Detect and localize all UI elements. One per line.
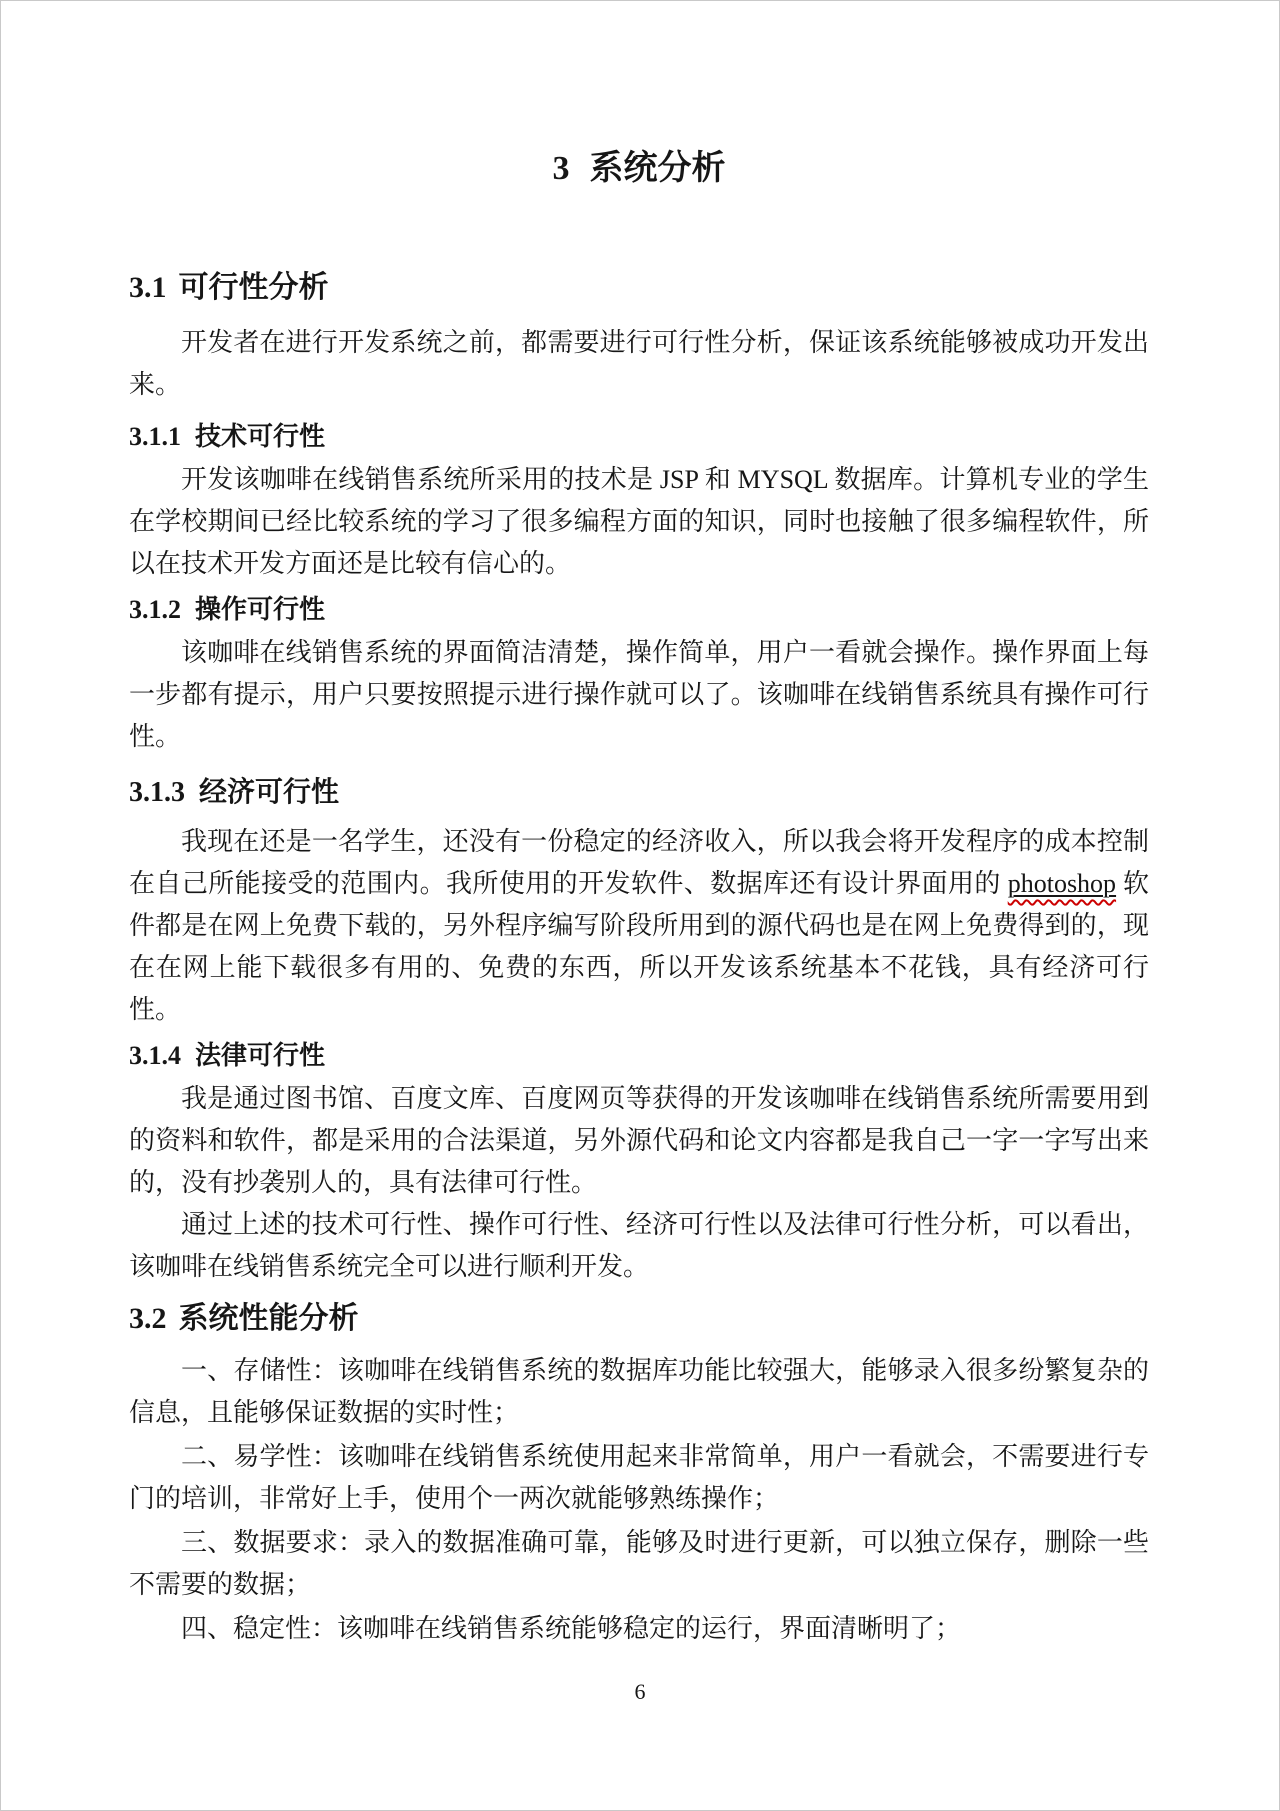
heading-3-1-2: 3.1.2操作可行性 (129, 587, 1149, 632)
paragraph-legal-feasibility: 我是通过图书馆、百度文库、百度网页等获得的开发该咖啡在线销售系统所需要用到的资料… (129, 1078, 1149, 1204)
page-title: 3系统分析 (129, 145, 1149, 192)
title-text: 系统分析 (590, 149, 726, 187)
list-item-data-requirements: 三、数据要求：录入的数据准确可靠，能够及时进行更新，可以独立保存，删除一些不需要… (129, 1522, 1149, 1606)
heading-3-1-3: 3.1.3经济可行性 (129, 770, 1149, 815)
list-item-storage: 一、存储性：该咖啡在线销售系统的数据库功能比较强大，能够录入很多纷繁复杂的信息，… (129, 1350, 1149, 1434)
heading-3-1-4: 3.1.4法律可行性 (129, 1033, 1149, 1078)
title-number: 3 (553, 150, 570, 187)
heading-number: 3.1.4 (129, 1041, 181, 1070)
paragraph-text: 我现在还是一名学生，还没有一份稳定的经济收入，所以我会将开发程序的成本控制在自己… (129, 827, 1149, 898)
list-item-learnability: 二、易学性：该咖啡在线销售系统使用起来非常简单，用户一看就会，不需要进行专门的培… (129, 1436, 1149, 1520)
heading-label: 技术可行性 (195, 421, 325, 451)
list-item-stability: 四、稳定性：该咖啡在线销售系统能够稳定的运行，界面清晰明了； (129, 1608, 1149, 1650)
document-page: 3系统分析 3.1可行性分析 开发者在进行开发系统之前，都需要进行可行性分析，保… (0, 0, 1280, 1811)
document-content: 3系统分析 3.1可行性分析 开发者在进行开发系统之前，都需要进行可行性分析，保… (1, 1, 1279, 1650)
heading-label: 经济可行性 (199, 776, 339, 807)
heading-3-2: 3.2系统性能分析 (129, 1298, 1149, 1340)
heading-label: 操作可行性 (195, 594, 325, 624)
photoshop-word: photoshop (1008, 869, 1116, 898)
page-number: 6 (1, 1677, 1279, 1707)
paragraph-feasibility-summary: 通过上述的技术可行性、操作可行性、经济可行性以及法律可行性分析，可以看出，该咖啡… (129, 1204, 1149, 1288)
heading-3-1-1: 3.1.1技术可行性 (129, 414, 1149, 459)
heading-number: 3.1 (129, 271, 167, 304)
paragraph-economic-feasibility: 我现在还是一名学生，还没有一份稳定的经济收入，所以我会将开发程序的成本控制在自己… (129, 821, 1149, 1031)
heading-3-1: 3.1可行性分析 (129, 268, 1149, 308)
paragraph-technical-feasibility: 开发该咖啡在线销售系统所采用的技术是 JSP 和 MYSQL 数据库。计算机专业… (129, 459, 1149, 585)
heading-label: 法律可行性 (195, 1040, 325, 1070)
spellcheck-squiggle: photoshop (1008, 869, 1116, 898)
heading-label: 系统性能分析 (179, 1302, 359, 1335)
paragraph-operational-feasibility: 该咖啡在线销售系统的界面简洁清楚，操作简单，用户一看就会操作。操作界面上每一步都… (129, 632, 1149, 758)
heading-number: 3.1.1 (129, 422, 181, 451)
heading-number: 3.2 (129, 1302, 167, 1335)
heading-number: 3.1.3 (129, 777, 185, 808)
heading-label: 可行性分析 (179, 271, 329, 304)
heading-number: 3.1.2 (129, 595, 181, 624)
paragraph-feasibility-intro: 开发者在进行开发系统之前，都需要进行可行性分析，保证该系统能够被成功开发出来。 (129, 322, 1149, 406)
